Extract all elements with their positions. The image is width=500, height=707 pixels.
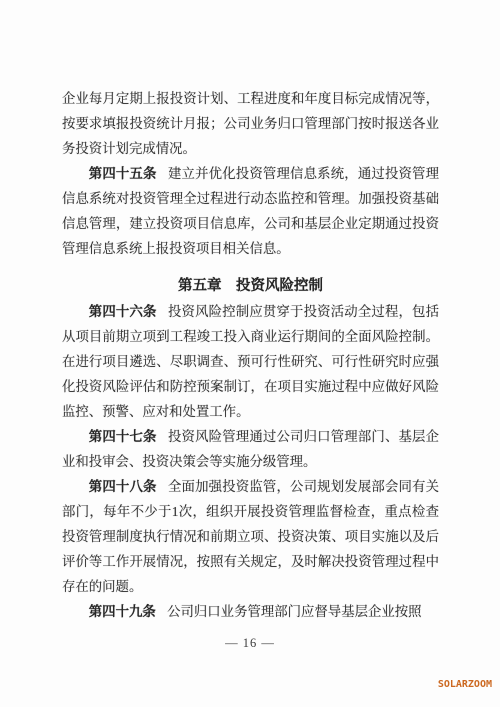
paragraph-article-45: 第四十五条建立并优化投资管理信息系统，通过投资管理信息系统对投资管理全过程进行动…	[62, 161, 439, 261]
paragraph-article-49: 第四十九条公司归口业务管理部门应督导基层企业按照	[62, 599, 439, 624]
paragraph-article-47: 第四十七条投资风险管理通过公司归口管理部门、基层企业和投审会、投资决策会等实施分…	[62, 424, 439, 474]
document-body: 企业每月定期上报投资计划、工程进度和年度目标完成情况等，按要求填报投资统计月报；…	[62, 86, 439, 624]
chapter-heading: 第五章 投资风险控制	[62, 274, 439, 299]
page-number: — 16 —	[0, 634, 500, 652]
article-number: 第四十八条	[89, 479, 157, 494]
article-number: 第四十七条	[89, 429, 157, 444]
article-number: 第四十五条	[89, 166, 157, 181]
paragraph-text: 公司归口业务管理部门应督导基层企业按照	[167, 604, 421, 619]
article-number: 第四十九条	[89, 604, 156, 619]
paragraph-article-46: 第四十六条投资风险控制应贯穿于投资活动全过程，包括从项目前期立项到工程竣工投入商…	[62, 299, 439, 424]
article-number: 第四十六条	[89, 304, 157, 319]
paragraph-text: 投资风险控制应贯穿于投资活动全过程，包括从项目前期立项到工程竣工投入商业运行期间…	[62, 304, 439, 419]
paragraph-text: 全面加强投资监管，公司规划发展部会同有关部门，每年不少于1次，组织开展投资管理监…	[62, 479, 439, 594]
watermark: SOLARZOOM	[438, 679, 492, 691]
paragraph-text: 企业每月定期上报投资计划、工程进度和年度目标完成情况等，按要求填报投资统计月报；…	[62, 91, 439, 156]
paragraph-continuation: 企业每月定期上报投资计划、工程进度和年度目标完成情况等，按要求填报投资统计月报；…	[62, 86, 439, 161]
paragraph-article-48: 第四十八条全面加强投资监管，公司规划发展部会同有关部门，每年不少于1次，组织开展…	[62, 474, 439, 599]
scanned-document-page: 企业每月定期上报投资计划、工程进度和年度目标完成情况等，按要求填报投资统计月报；…	[0, 0, 500, 707]
